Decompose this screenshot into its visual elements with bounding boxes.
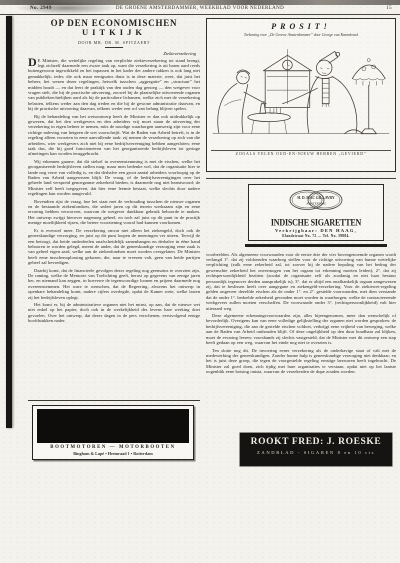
page-number: 15: [386, 6, 392, 11]
paragraph: Wij erkennen gaarne, dat dit stelsel in …: [28, 159, 200, 197]
paragraph: voorbeelden. Als algemeene voorwaarden v…: [206, 252, 396, 311]
indische-ad-line2: Elandstraat No. 72 — Tel. No. 39884.: [251, 234, 381, 238]
boat-photo-placeholder: [37, 409, 189, 443]
paragraph: Bij de behandeling van het wetsontwerp h…: [28, 114, 200, 157]
left-column: OP DEN ECONOMISCHEN UITKIJK DOOR MR. DR.…: [28, 18, 200, 460]
roeske-cigars-ad: ROOKT FRED: J. ROESKE ZANDBLAD - SIGAREN…: [240, 433, 392, 466]
cartoon-caption: ZOOALS VELEN OUD-EN-NIEUW HEBBEN „GEVIER…: [211, 150, 391, 157]
heavy-rule: [245, 244, 387, 247]
mac-gillavry-logo: H. D. MAC GILLAVRY AMSTERDAM: [283, 187, 349, 213]
boot-motors-ad: BOOTMOTOREN — MOTORBOOTEN Bingham & Lapé…: [32, 405, 194, 461]
page-header: No. 2949 DE GROENE AMSTERDAMMER, WEEKBLA…: [0, 5, 400, 14]
header-rule: [0, 14, 400, 15]
section-rule: [206, 178, 396, 179]
cartoon-drawing: [211, 38, 391, 150]
paragraph: Bovendien rijst de vraag, hoe het staat …: [28, 199, 200, 226]
article-byline: DOOR MR. DR. M. SPITZAERT: [28, 40, 200, 45]
roeske-ad-subline: ZANDBLAD - SIGAREN 8 en 10 cts: [240, 450, 392, 455]
right-column: PROSIT! Teekening voor „De Groene Amster…: [206, 18, 396, 466]
paragraph-text: E Minister, die wettelijke regeling van …: [28, 58, 200, 112]
article-body-right: voorbeelden. Als algemeene voorwaarden v…: [206, 252, 396, 428]
indische-ad-headline: INDISCHE SIGARETTEN: [251, 217, 381, 227]
column-end-rule: [28, 400, 200, 401]
boot-ad-address: Bingham & Lapé • Heemraad 1 • Rotterdam: [37, 451, 189, 456]
paragraph: DE Minister, die wettelijke regeling van…: [28, 58, 200, 112]
byline-rule: [105, 47, 123, 48]
paragraph: Ten slotte nog dit. De invoering eener v…: [206, 348, 396, 375]
roeske-ad-headline: ROOKT FRED: J. ROESKE: [240, 437, 392, 448]
cartoon-subtitle: Teekening voor „De Groene Amsterdammer” …: [211, 33, 391, 37]
svg-text:H. D. MAC GILLAVRY: H. D. MAC GILLAVRY: [297, 196, 335, 200]
drop-cap: D: [28, 58, 38, 68]
masthead-title: DE GROENE AMSTERDAMMER, WEEKBLAD VOOR NE…: [0, 6, 400, 11]
paragraph: Deze algemeene erkenningsvoorwaarden zij…: [206, 313, 396, 345]
binding-bar: [6, 16, 12, 428]
paragraph: Het komt er, bij de administratieve orga…: [28, 302, 200, 324]
paragraph: Er is evenwel meer. De verzekering omvat…: [28, 228, 200, 266]
cartoon-panel: PROSIT! Teekening voor „De Groene Amster…: [206, 18, 396, 172]
svg-text:AMSTERDAM: AMSTERDAM: [306, 202, 326, 206]
paragraph: Daarbij komt, dat de financieele gevolge…: [28, 268, 200, 300]
article-body-left: DE Minister, die wettelijke regeling van…: [28, 58, 200, 398]
indische-sigaretten-ad: H. D. MAC GILLAVRY AMSTERDAM INDISCHE SI…: [248, 184, 384, 241]
article-kicker: Ziekteverzekering: [28, 51, 200, 56]
article-title-line2: UITKIJK: [28, 28, 200, 37]
newspaper-page: No. 2949 DE GROENE AMSTERDAMMER, WEEKBLA…: [0, 0, 400, 563]
boot-ad-headline: BOOTMOTOREN — MOTORBOOTEN: [37, 445, 189, 450]
cartoon-title: PROSIT!: [211, 22, 391, 31]
indische-ad-line1: Verkrijgbaar: DEN HAAG,: [251, 228, 381, 233]
